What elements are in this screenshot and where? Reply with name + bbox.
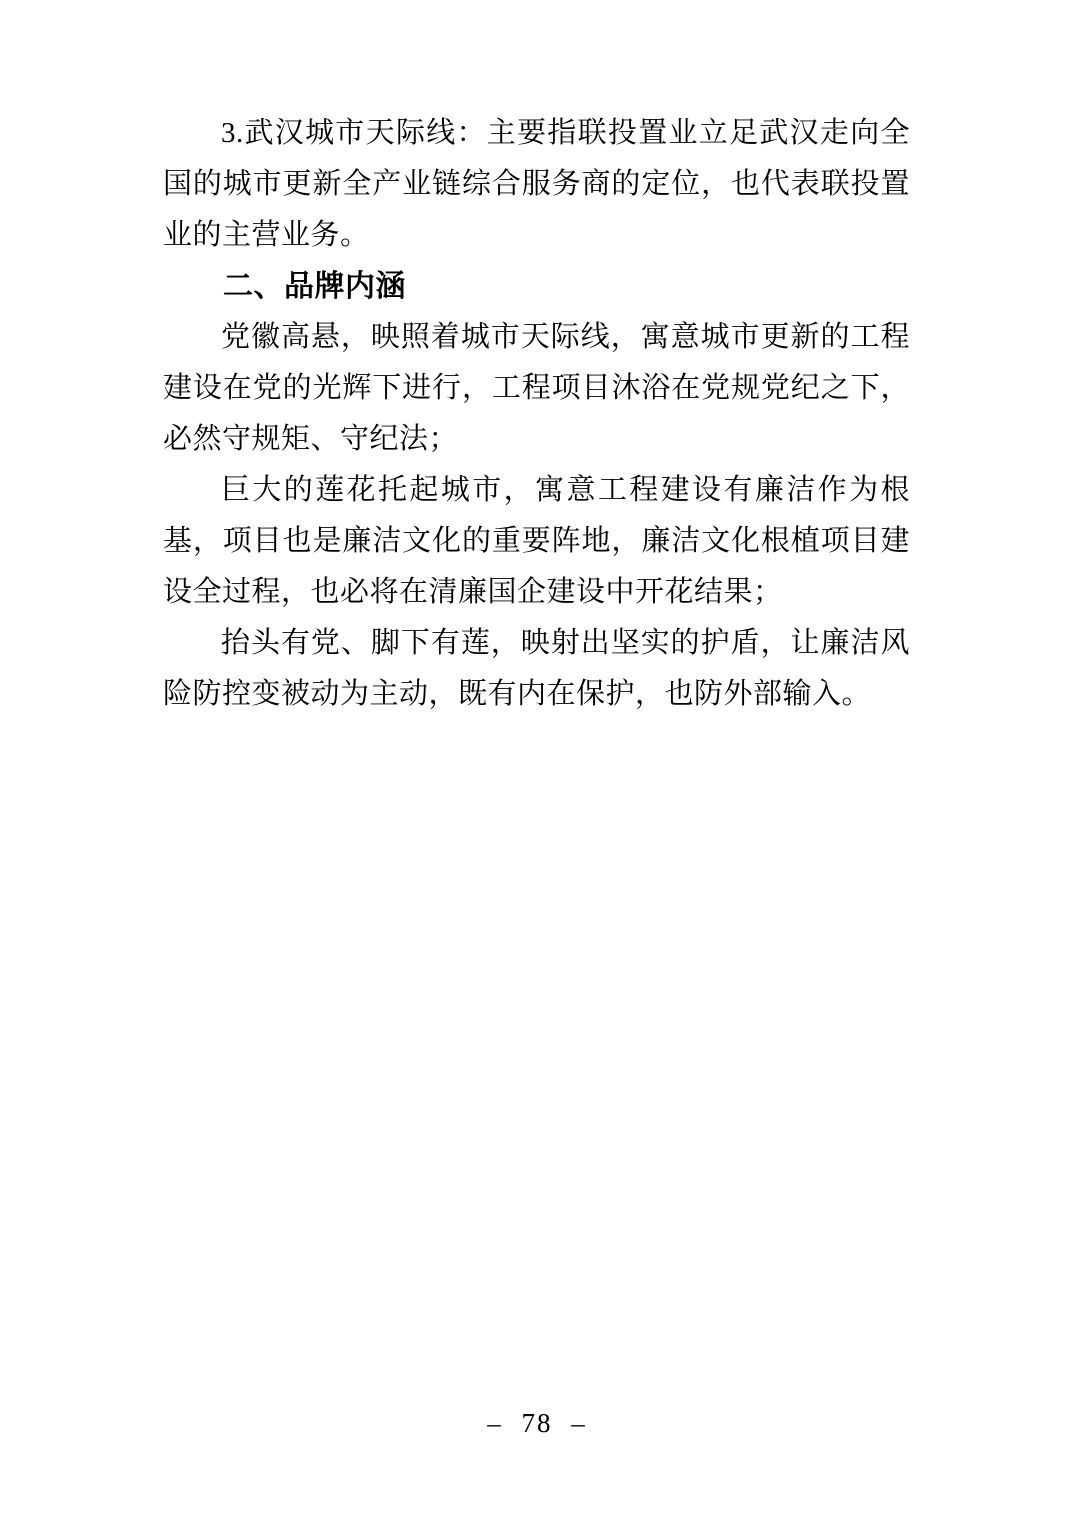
page-number: – 78 – <box>487 1408 587 1438</box>
paragraph-party-emblem: 党徽高悬，映照着城市天际线，寓意城市更新的工程建设在党的光辉下进行，工程项目沐浴… <box>163 312 910 465</box>
paragraph-shield-protection: 抬头有党、脚下有莲，映射出坚实的护盾，让廉洁风险防控变被动为主动，既有内在保护，… <box>163 618 910 720</box>
section-heading-brand-connotation: 二、品牌内涵 <box>163 261 910 312</box>
paragraph-lotus-foundation: 巨大的莲花托起城市，寓意工程建设有廉洁作为根基，项目也是廉洁文化的重要阵地，廉洁… <box>163 465 910 618</box>
page-footer: – 78 – <box>0 1406 1074 1440</box>
paragraph-wuhan-skyline-definition: 3.武汉城市天际线：主要指联投置业立足武汉走向全国的城市更新全产业链综合服务商的… <box>163 108 910 261</box>
document-page: 3.武汉城市天际线：主要指联投置业立足武汉走向全国的城市更新全产业链综合服务商的… <box>0 0 1074 1520</box>
document-body: 3.武汉城市天际线：主要指联投置业立足武汉走向全国的城市更新全产业链综合服务商的… <box>163 108 910 720</box>
